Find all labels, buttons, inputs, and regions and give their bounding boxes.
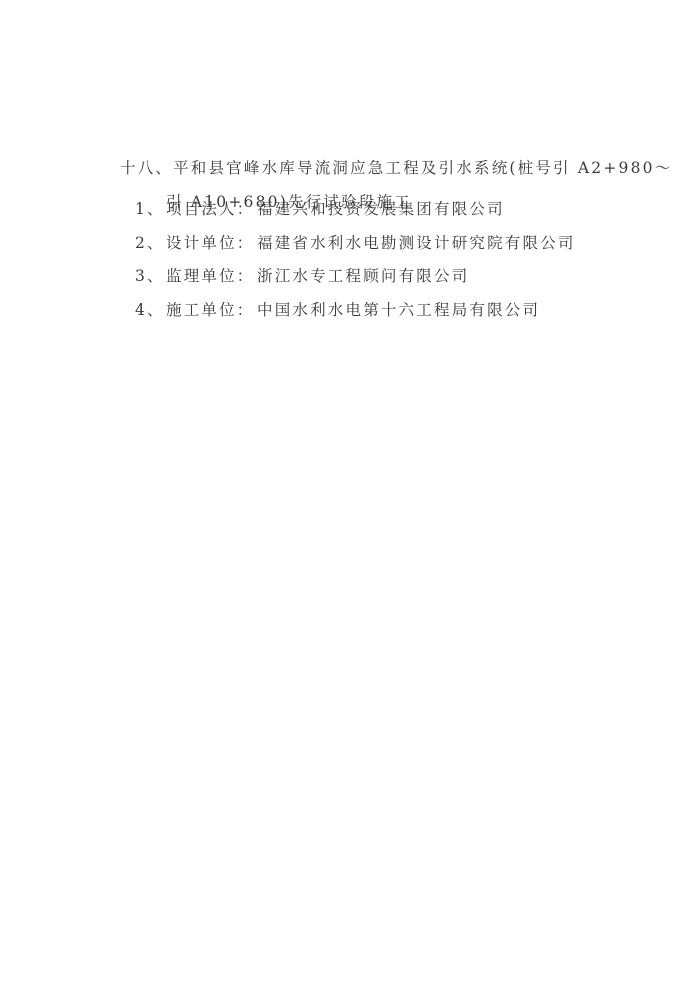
item-number: 4、	[135, 300, 165, 320]
item-label: 项目法人：	[166, 199, 255, 219]
item-number: 2、	[135, 233, 165, 253]
section-18-heading: 十八、平和县官峰水库导流洞应急工程及引水系统(桩号引 A2+980～	[120, 158, 672, 178]
item-value: 中国水利水电第十六工程局有限公司	[257, 300, 540, 320]
item-label: 施工单位：	[166, 300, 255, 320]
item-label: 监理单位：	[166, 266, 255, 286]
item-label: 设计单位：	[166, 233, 255, 253]
item-number: 3、	[135, 266, 165, 286]
item-value: 浙江水专工程顾问有限公司	[257, 266, 469, 286]
item-value: 福建省水利水电勘测设计研究院有限公司	[257, 233, 576, 253]
item-number: 1、	[135, 199, 165, 219]
item-value: 福建兴和投资发展集团有限公司	[257, 199, 505, 219]
